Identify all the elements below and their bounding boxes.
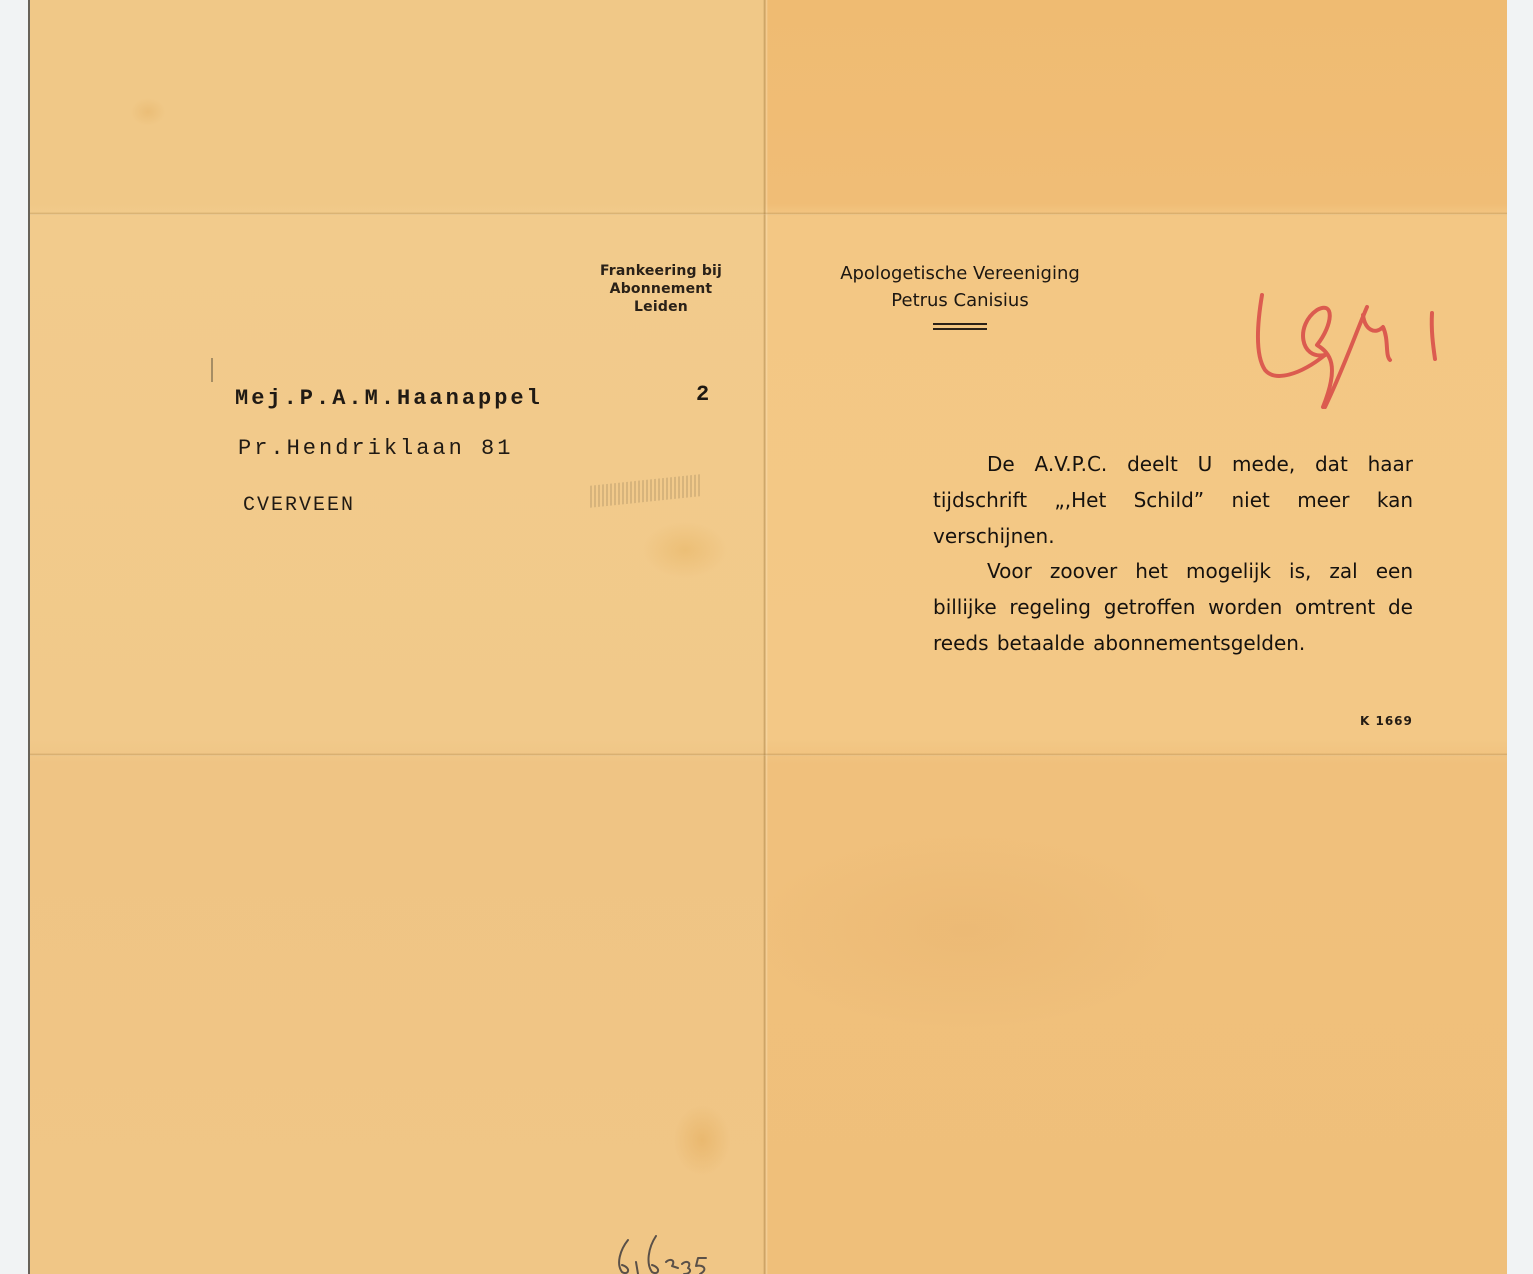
pencil-handwritten-number-icon: [608, 1232, 718, 1274]
print-code: K 1669: [1360, 714, 1413, 728]
recipient-street: Pr.Hendriklaan 81: [238, 436, 513, 461]
postage-note-line: Leiden: [590, 298, 732, 316]
postage-note-line: Abonnement: [590, 280, 732, 298]
organization-name-line1: Apologetische Vereeniging: [810, 260, 1110, 287]
postage-note-line: Frankeering bij: [590, 262, 732, 280]
horizontal-fold-line-middle: [30, 753, 1507, 756]
margin-mark: [211, 358, 213, 382]
notice-body: De A.V.P.C. deelt U mede, dat haar tijds…: [933, 447, 1413, 662]
recipient-name: Mej.P.A.M.Haanappel: [235, 386, 543, 411]
notice-paragraph: De A.V.P.C. deelt U mede, dat haar tijds…: [933, 447, 1413, 554]
organization-name-line2: Petrus Canisius: [810, 287, 1110, 314]
header-rule: [933, 328, 987, 330]
address-panel: [30, 0, 765, 1274]
copy-number: 2: [696, 382, 709, 407]
postage-note: Frankeering bij Abonnement Leiden: [590, 262, 732, 316]
document-paper: Frankeering bij Abonnement Leiden Mej.P.…: [30, 0, 1507, 1274]
notice-paragraph: Voor zoover het mogelijk is, zal een bil…: [933, 554, 1413, 661]
horizontal-fold-line-top: [30, 212, 1507, 215]
red-handwritten-annotation-icon: [1255, 285, 1445, 420]
recipient-city: CVERVEEN: [243, 494, 355, 517]
organization-header: Apologetische Vereeniging Petrus Canisiu…: [810, 260, 1110, 330]
header-rule: [933, 323, 987, 325]
vertical-fold-line: [763, 0, 768, 1274]
